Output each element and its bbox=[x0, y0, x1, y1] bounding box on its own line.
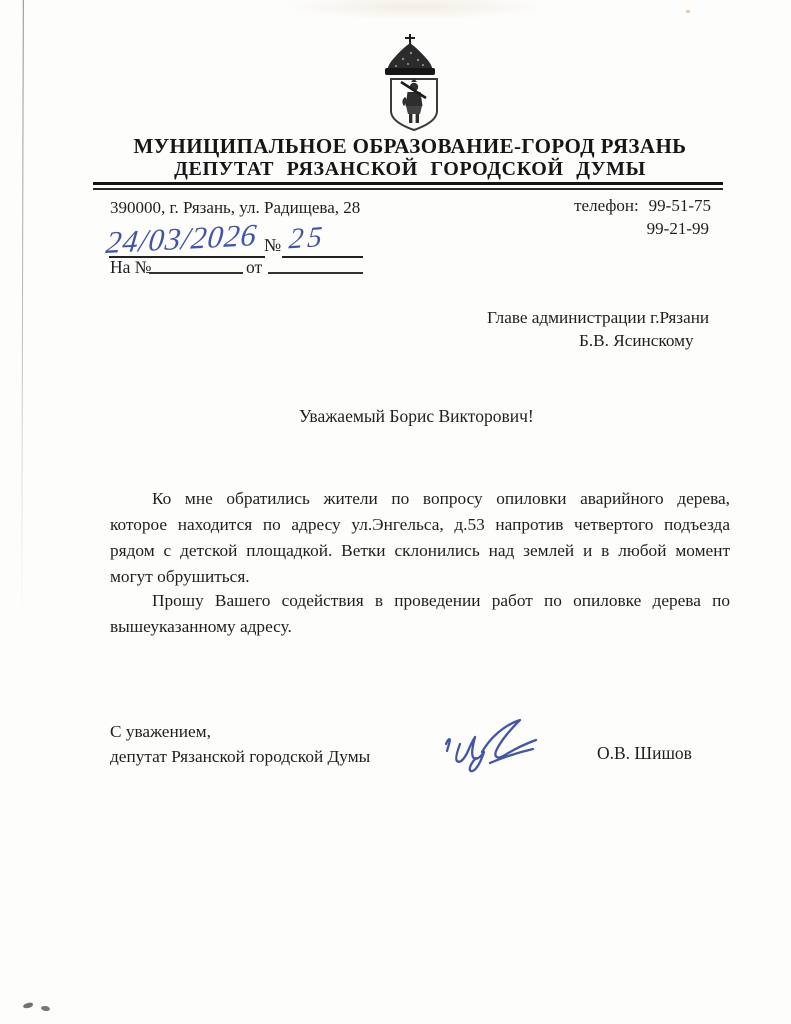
scan-artifact-vertical-line bbox=[21, 0, 24, 618]
body-paragraph-2: Прошу Вашего содействия в проведении раб… bbox=[110, 588, 730, 640]
recipient-title: Главе администрации г.Рязани bbox=[487, 306, 709, 329]
reply-to-label: На № bbox=[110, 257, 151, 278]
closing-line-2: депутат Рязанской городской Думы bbox=[110, 747, 370, 767]
handwritten-number: 25 bbox=[288, 221, 328, 257]
scanned-letter-page: МУНИЦИПАЛЬНОЕ ОБРАЗОВАНИЕ-ГОРОД РЯЗАНЬ Д… bbox=[0, 0, 791, 1024]
paragraph-line: вышеуказанному адресу. bbox=[110, 614, 730, 640]
phone-label: телефон: bbox=[574, 196, 639, 216]
header-divider-thin bbox=[93, 188, 723, 190]
header-divider-thick bbox=[93, 182, 723, 185]
from-label: от bbox=[246, 257, 262, 278]
phone-number-2: 99-21-99 bbox=[647, 219, 709, 239]
paragraph-line: могут обрушиться. bbox=[110, 564, 730, 590]
org-address: 390000, г. Рязань, ул. Радищева, 28 bbox=[110, 198, 360, 218]
number-underline bbox=[282, 256, 363, 258]
signer-name: О.В. Шишов bbox=[597, 743, 692, 764]
phone-row: телефон: 99-51-75 bbox=[574, 196, 711, 216]
handwritten-signature bbox=[430, 714, 548, 776]
from-date-underline bbox=[268, 272, 363, 274]
body-paragraph-1: Ко мне обратились жители по вопросу опил… bbox=[110, 486, 730, 590]
recipient-name: Б.В. Ясинскому bbox=[579, 329, 709, 352]
ryazan-coat-of-arms-icon bbox=[378, 33, 446, 135]
scan-artifact-speck bbox=[23, 1002, 34, 1009]
paragraph-line: Прошу Вашего содействия в проведении раб… bbox=[110, 588, 730, 614]
phone-number-1: 99-51-75 bbox=[649, 196, 711, 216]
reply-number-underline bbox=[149, 272, 243, 274]
org-name-line2: ДЕПУТАТ РЯЗАНСКОЙ ГОРОДСКОЙ ДУМЫ bbox=[30, 158, 790, 181]
org-name-line1: МУНИЦИПАЛЬНОЕ ОБРАЗОВАНИЕ-ГОРОД РЯЗАНЬ bbox=[30, 134, 790, 159]
paragraph-line: Ко мне обратились жители по вопросу опил… bbox=[110, 486, 730, 512]
scan-artifact-smudge bbox=[280, 0, 550, 20]
number-sign: № bbox=[264, 235, 281, 256]
closing-line-1: С уважением, bbox=[110, 722, 211, 742]
scan-artifact-speck bbox=[41, 1005, 51, 1011]
salutation: Уважаемый Борис Викторович! bbox=[299, 406, 534, 427]
paragraph-line: которое находится по адресу ул.Энгельса,… bbox=[110, 512, 730, 538]
recipient-block: Главе администрации г.Рязани Б.В. Ясинск… bbox=[487, 306, 709, 352]
paragraph-line: рядом с детской площадкой. Ветки склонил… bbox=[110, 538, 730, 564]
scan-artifact-dot bbox=[686, 10, 690, 13]
handwritten-date: 24/03/2026 bbox=[104, 217, 259, 261]
